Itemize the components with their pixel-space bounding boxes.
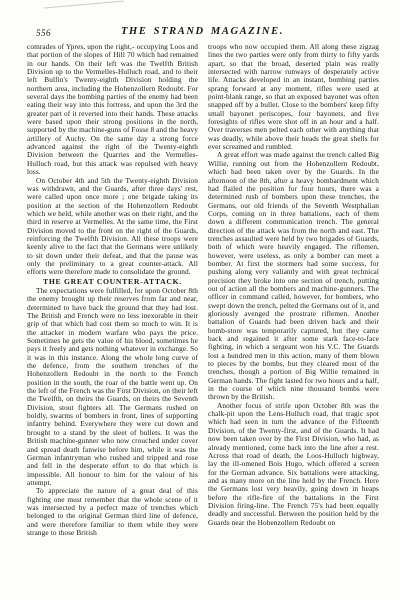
paragraph: Another focus of strife upon October 8th… (208, 402, 379, 527)
page-header: 556 THE STRAND MAGAZINE. (27, 26, 378, 40)
left-column: comrades of Ypres, upon the right,- occu… (27, 43, 198, 582)
magazine-page: 556 THE STRAND MAGAZINE. comrades of Ypr… (0, 0, 400, 600)
paragraph: comrades of Ypres, upon the right,- occu… (27, 43, 198, 177)
paragraph: On October 4th and 5th the Twenty-eighth… (27, 177, 198, 277)
section-heading: THE GREAT COUNTER-ATTACK. (27, 278, 198, 286)
paragraph: troops who now occupied them. All along … (208, 43, 379, 151)
magazine-title: THE STRAND MAGAZINE. (27, 26, 378, 37)
right-column: troops who now occupied them. All along … (208, 43, 379, 582)
scan-artifact (44, 1, 124, 9)
text-columns: comrades of Ypres, upon the right,- occu… (27, 43, 379, 582)
paragraph: The expectations were fulfilled, for upo… (27, 287, 198, 487)
paragraph: To appreciate the nature of a great deal… (27, 487, 198, 537)
paragraph: A great effort was made against the tren… (208, 151, 379, 401)
